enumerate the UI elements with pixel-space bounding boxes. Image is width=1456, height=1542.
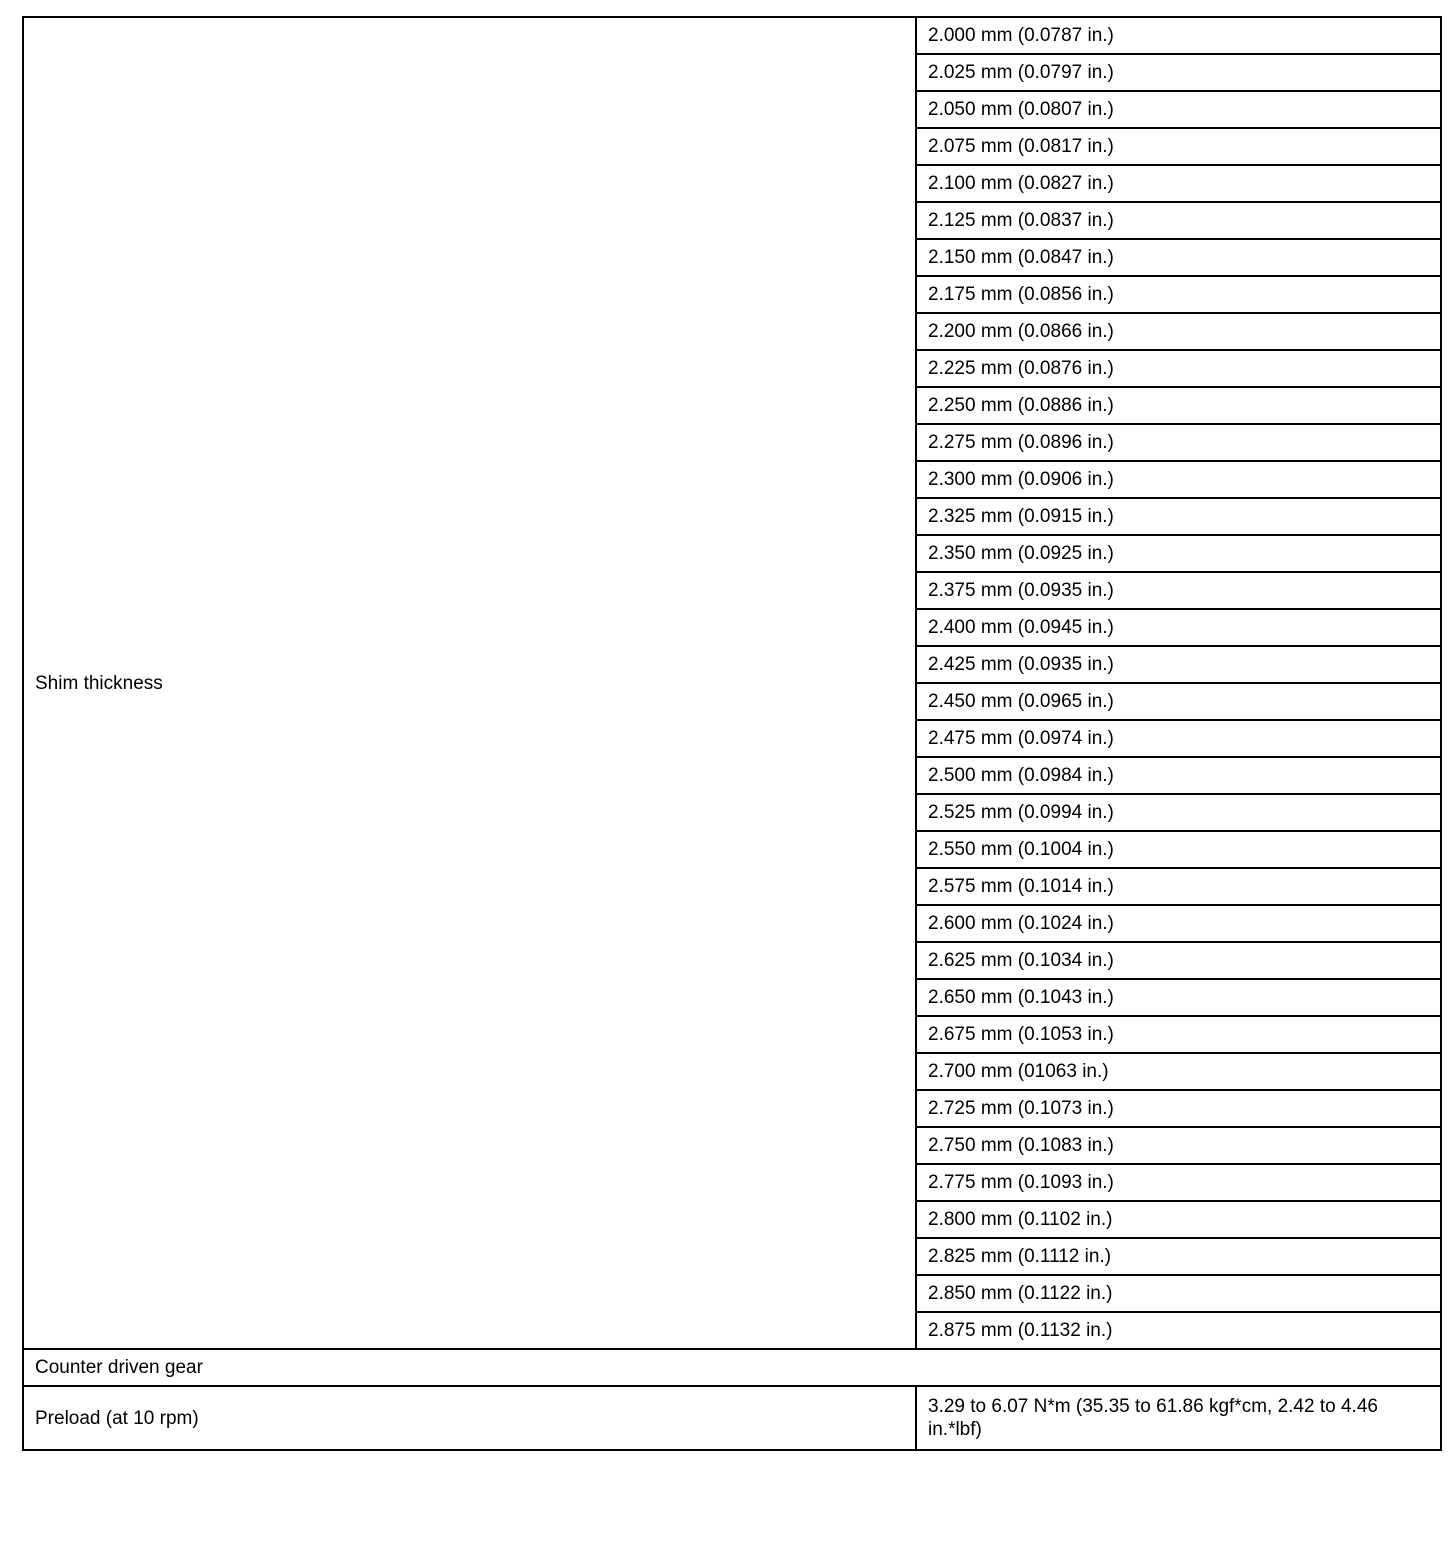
shim-thickness-value: 2.125 mm (0.0837 in.) (916, 202, 1441, 239)
shim-thickness-value: 2.400 mm (0.0945 in.) (916, 609, 1441, 646)
shim-thickness-value: 2.775 mm (0.1093 in.) (916, 1164, 1441, 1201)
shim-thickness-value: 2.150 mm (0.0847 in.) (916, 239, 1441, 276)
shim-thickness-value: 2.200 mm (0.0866 in.) (916, 313, 1441, 350)
shim-thickness-value: 2.875 mm (0.1132 in.) (916, 1312, 1441, 1349)
shim-thickness-value: 2.250 mm (0.0886 in.) (916, 387, 1441, 424)
shim-thickness-value: 2.225 mm (0.0876 in.) (916, 350, 1441, 387)
shim-thickness-value: 2.075 mm (0.0817 in.) (916, 128, 1441, 165)
shim-thickness-rows: Shim thickness2.000 mm (0.0787 in.)2.025… (23, 17, 1441, 1349)
shim-thickness-value: 2.500 mm (0.0984 in.) (916, 757, 1441, 794)
spec-table: Shim thickness2.000 mm (0.0787 in.)2.025… (22, 16, 1442, 1451)
shim-thickness-value: 2.800 mm (0.1102 in.) (916, 1201, 1441, 1238)
shim-thickness-value: 2.650 mm (0.1043 in.) (916, 979, 1441, 1016)
shim-thickness-value: 2.350 mm (0.0925 in.) (916, 535, 1441, 572)
shim-thickness-value: 2.100 mm (0.0827 in.) (916, 165, 1441, 202)
shim-thickness-value: 2.600 mm (0.1024 in.) (916, 905, 1441, 942)
shim-thickness-value: 2.175 mm (0.0856 in.) (916, 276, 1441, 313)
shim-thickness-value: 2.000 mm (0.0787 in.) (916, 17, 1441, 54)
shim-thickness-value: 2.475 mm (0.0974 in.) (916, 720, 1441, 757)
shim-thickness-value: 2.375 mm (0.0935 in.) (916, 572, 1441, 609)
table-row: Shim thickness2.000 mm (0.0787 in.) (23, 17, 1441, 54)
shim-thickness-value: 2.825 mm (0.1112 in.) (916, 1238, 1441, 1275)
table-row-preload: Preload (at 10 rpm) 3.29 to 6.07 N*m (35… (23, 1386, 1441, 1450)
shim-thickness-value: 2.575 mm (0.1014 in.) (916, 868, 1441, 905)
shim-thickness-value: 2.625 mm (0.1034 in.) (916, 942, 1441, 979)
shim-thickness-value: 2.325 mm (0.0915 in.) (916, 498, 1441, 535)
shim-thickness-value: 2.450 mm (0.0965 in.) (916, 683, 1441, 720)
shim-thickness-value: 2.050 mm (0.0807 in.) (916, 91, 1441, 128)
shim-thickness-value: 2.550 mm (0.1004 in.) (916, 831, 1441, 868)
section-row-counter-driven-gear: Counter driven gear (23, 1349, 1441, 1386)
shim-thickness-value: 2.425 mm (0.0935 in.) (916, 646, 1441, 683)
preload-value: 3.29 to 6.07 N*m (35.35 to 61.86 kgf*cm,… (916, 1386, 1441, 1450)
shim-thickness-value: 2.750 mm (0.1083 in.) (916, 1127, 1441, 1164)
preload-label: Preload (at 10 rpm) (23, 1386, 916, 1450)
shim-thickness-value: 2.700 mm (01063 in.) (916, 1053, 1441, 1090)
shim-thickness-value: 2.725 mm (0.1073 in.) (916, 1090, 1441, 1127)
shim-thickness-value: 2.675 mm (0.1053 in.) (916, 1016, 1441, 1053)
shim-thickness-value: 2.300 mm (0.0906 in.) (916, 461, 1441, 498)
shim-thickness-label: Shim thickness (23, 17, 916, 1349)
shim-thickness-value: 2.850 mm (0.1122 in.) (916, 1275, 1441, 1312)
shim-thickness-value: 2.025 mm (0.0797 in.) (916, 54, 1441, 91)
section-heading: Counter driven gear (23, 1349, 1441, 1386)
shim-thickness-value: 2.525 mm (0.0994 in.) (916, 794, 1441, 831)
shim-thickness-value: 2.275 mm (0.0896 in.) (916, 424, 1441, 461)
